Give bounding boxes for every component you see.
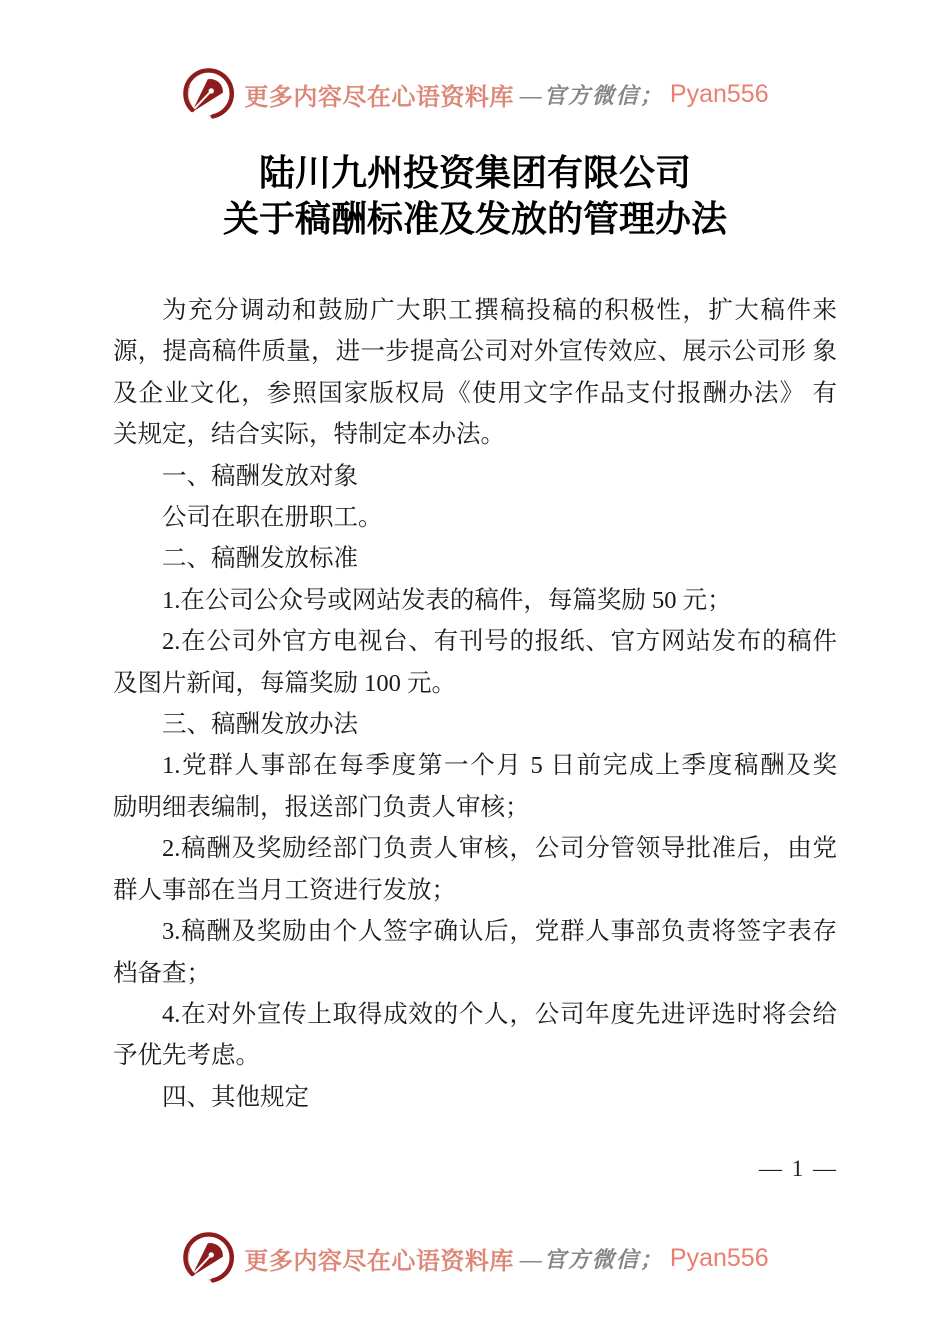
document-title: 陆川九州投资集团有限公司 关于稿酬标准及发放的管理办法	[0, 150, 950, 242]
header-watermark: 更多内容尽在心语资料库 —官方微信； Pyan556	[0, 64, 950, 124]
watermark-main-text: 更多内容尽在心语资料库	[244, 1241, 514, 1276]
body-line: 二、稿酬发放标准	[113, 538, 837, 579]
watermark-main-text: 更多内容尽在心语资料库	[244, 77, 514, 112]
watermark-wechat-id: Pyan556	[670, 80, 769, 109]
document-body: 为充分调动和鼓励广大职工撰稿投稿的积极性，扩大稿件来源，提高稿件质量，进一步提高…	[113, 290, 837, 1118]
body-line: 1.在公司公众号或网站发表的稿件，每篇奖励 50 元；	[113, 580, 837, 621]
pen-logo-icon	[181, 1230, 238, 1287]
body-line: 公司在职在册职工。	[113, 497, 837, 538]
body-line: 四、其他规定	[113, 1077, 837, 1118]
body-line: 予优先考虑。	[113, 1035, 837, 1076]
pen-logo-icon	[181, 66, 238, 123]
title-line-1: 陆川九州投资集团有限公司	[0, 150, 950, 196]
body-line: 三、稿酬发放办法	[113, 704, 837, 745]
body-line: 为充分调动和鼓励广大职工撰稿投稿的积极性，扩大稿件来	[113, 290, 837, 331]
body-line: 及企业文化，参照国家版权局《使用文字作品支付报酬办法》 有	[113, 373, 837, 414]
body-line: 励明细表编制，报送部门负责人审核；	[113, 787, 837, 828]
body-line: 3.稿酬及奖励由个人签字确认后，党群人事部负责将签字表存	[113, 911, 837, 952]
body-line: 关规定，结合实际，特制定本办法。	[113, 414, 837, 455]
body-line: 档备查；	[113, 953, 837, 994]
body-line: 及图片新闻，每篇奖励 100 元。	[113, 663, 837, 704]
body-line: 源，提高稿件质量，进一步提高公司对外宣传效应、展示公司形 象	[113, 331, 837, 372]
footer-watermark: 更多内容尽在心语资料库 —官方微信； Pyan556	[0, 1228, 950, 1288]
watermark-channel-label: —官方微信；	[520, 1243, 664, 1274]
watermark-wechat-id: Pyan556	[670, 1244, 769, 1273]
document-page: 更多内容尽在心语资料库 —官方微信； Pyan556 陆川九州投资集团有限公司 …	[0, 0, 950, 1344]
watermark-channel-label: —官方微信；	[520, 79, 664, 110]
body-line: 1.党群人事部在每季度第一个月 5 日前完成上季度稿酬及奖	[113, 745, 837, 786]
body-line: 4.在对外宣传上取得成效的个人，公司年度先进评选时将会给	[113, 994, 837, 1035]
body-line: 一、稿酬发放对象	[113, 456, 837, 497]
body-line: 群人事部在当月工资进行发放；	[113, 870, 837, 911]
body-line: 2.稿酬及奖励经部门负责人审核，公司分管领导批准后，由党	[113, 828, 837, 869]
title-line-2: 关于稿酬标准及发放的管理办法	[0, 196, 950, 242]
page-number: — 1 —	[759, 1156, 838, 1182]
body-line: 2.在公司外官方电视台、有刊号的报纸、官方网站发布的稿件	[113, 621, 837, 662]
